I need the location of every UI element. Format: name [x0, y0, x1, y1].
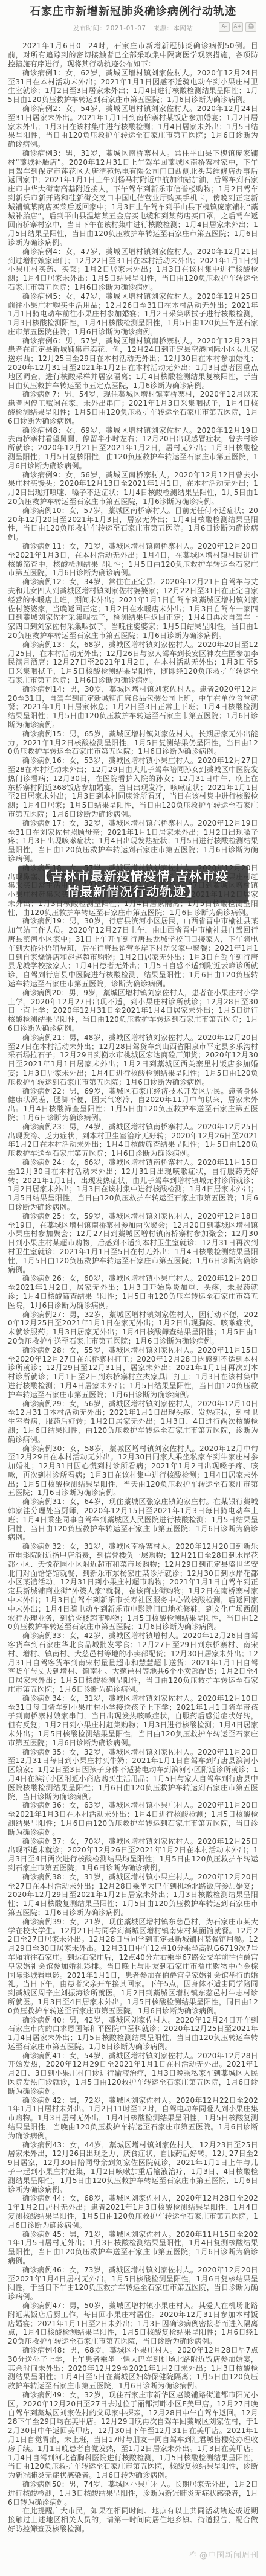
case-paragraph: 确诊病例3：男，31岁，藁城区南桥寨村人。常住平山县下槐镇庞家铺村“藁城补胎店”… [8, 149, 258, 247]
case-paragraph: 确诊病例17：女，32岁，藁城区增村镇东桥寨村人。2020年12月19日至31日… [8, 819, 258, 864]
case-paragraph: 确诊病例29：女，56岁，藁城区增村镇刘家佐村人，2020年12月10日至12月… [8, 1400, 258, 1444]
case-paragraph: 确诊病例20：男，9岁，藁城区增村镇刘家佐村人，患者在小果庄村小学上学。2020… [8, 989, 258, 1033]
case-paragraph: 确诊病例31：女，64岁，现住藁城区张家庄镇鲍家庄村。在某银行藁城韩家洼分理处当… [8, 1497, 258, 1542]
case-paragraph: 确诊病例45：男，71岁，藁城区刘家佐村人。2020年11月15日至2021年1… [8, 2230, 258, 2266]
watermark: ✍ @中国新闻周刊 [189, 2549, 259, 2560]
case-paragraph: 确诊病例24：女，66岁，藁城区增村镇南桥寨村人。2020年11月15日至12月… [8, 1158, 258, 1212]
page-title: 石家庄市新增新冠肺炎确诊病例行动轨迹 [8, 5, 258, 19]
print-button[interactable]: 🖨 [245, 22, 256, 32]
case-paragraph: 确诊病例14：男，30岁，藁城区增村镇刘家佐村人。患者2020年12月20至31… [8, 685, 258, 730]
case-paragraph: 确诊病例1：女，62岁，藁城区增村镇刘家佐村人。2020年12月24日至31日在… [8, 69, 258, 104]
meta-row: 发布时间：2021-01-07 来源：本网站 A- A+ 🖨 [8, 24, 258, 36]
font-increase-button[interactable]: A+ [232, 22, 243, 32]
case-paragraph: 确诊病例28：女，55岁，藁城区增村镇刘家佐村人。2020年11月15日至202… [8, 1346, 258, 1400]
case-paragraph: 确诊病例9：女，56岁，藁城区南桥寨村人。2020年12月12日曾去小果庄村买馒… [8, 471, 258, 506]
case-paragraph: 确诊病例50：男，74岁，藁城区小果庄村人。长期居家无外出，1月2日进行核酸检测… [8, 2480, 258, 2507]
case-paragraph: 确诊病例15：男，65岁，藁城区增村镇刘家佐村人。长期居家无外出能力。2021年… [8, 730, 258, 756]
overlay-text-line1: 【吉林市最新疫情疫情,吉林市疫 [22, 869, 244, 884]
case-paragraph: 确诊病例36：女，63岁，藁城区增村镇小果庄村人。2020年11月20日至202… [8, 1801, 258, 1837]
article-page: 石家庄市新增新冠肺炎确诊病例行动轨迹 发布时间：2021-01-07 来源：本网… [0, 0, 266, 2576]
case-paragraph: 确诊病例7：男，54岁，现住藁城区增村镇南桥寨村，2020年12月以来患者因停工… [8, 390, 258, 426]
case-paragraph: 确诊病例11：女，71岁，藁城区增村镇南桥寨村人。2020年12月20日至202… [8, 542, 258, 578]
case-paragraph: 确诊病例8：女，69岁，藁城区增村镇刘家佐村人。2020年12月19日去南桥寨村… [8, 426, 258, 471]
case-paragraph: 确诊病例38：女，31岁，藁城区增村镇小果庄村人。2020年12月20日至27日… [8, 1873, 258, 1918]
case-paragraph: 确诊病例37：女，70岁，藁城区增村镇刘家佐村人。2020年12月25日出现不适… [8, 1837, 258, 1873]
case-paragraph: 确诊病例10：女，57岁，藁城区南桥寨村人。目前无任何不适症状；2020年12月… [8, 506, 258, 542]
case-paragraph: 确诊病例23：男，74岁，藁城区增村镇南桥寨村人。2020年12月25日出现发冷… [8, 1123, 258, 1158]
overlay-text-line2: 情最新情况行动轨迹】 [22, 884, 244, 900]
case-paragraph: 确诊病例39：女，21岁，现住藁城区增村镇东慈邑村，为石家庄市某大学在校大学生。… [8, 1918, 258, 2016]
case-paragraph: 确诊病例6：男，57岁，藁城区增村镇南桥寨村人。2020年12月23日患者在正定… [8, 337, 258, 391]
case-paragraph: 确诊病例19：男，30岁，行唐县滨河小区居民，山西省晋中市榆社县某加气站工作人员… [8, 917, 258, 988]
case-paragraph: 确诊病例43：女，44岁，藁城区增村镇刘家佐村人，12月23日至25日居家未外出… [8, 2141, 258, 2195]
case-paragraph: 确诊病例34：女，31岁，藁城区增村镇刘家佐村人。2020年12月10日至31日… [8, 1694, 258, 1748]
case-paragraph: 确诊病例47：男，50岁，藁城区增村镇小果庄村人。其爱人在机场北路附近某饭店后厨… [8, 2301, 258, 2346]
source: 来源：本网站 [153, 25, 193, 32]
case-paragraph: 确诊病例4：女，47岁，藁城区增村镇刘家佐村人。2020年12月21日到过增村娘… [8, 247, 258, 292]
case-paragraph: 确诊病例21：男，48岁，藁城区增村镇刘家佐村人。2020年12月20日至27日… [8, 1033, 258, 1087]
case-paragraph: 确诊病例27：男，32岁，藁城区增村镇刘家佐村人，因行动不便，2020年12月2… [8, 1310, 258, 1346]
promo-overlay: 【吉林市最新疫情疫情,吉林市疫 情最新情况行动轨迹】 [18, 866, 248, 903]
case-paragraph: 确诊病例12：女，34岁，常住在正定县。2020年12月21日自驾车与丈夫和儿女… [8, 578, 258, 640]
publish-date: 发布时间：2021-01-07 [73, 25, 146, 32]
toolbar: A- A+ 🖨 [219, 22, 256, 32]
case-paragraph: 确诊病例44：女，68岁，藁城区刘家佐村人，2020年12月28日至2021年1… [8, 2194, 258, 2230]
case-paragraph: 确诊病例48：男，68岁，藁城区小果庄村人。2020年12月28日早7点30分送… [8, 2346, 258, 2391]
case-paragraph: 确诊病例41：女，54岁，藁城区增村镇刘家佐村人。2020年12月28日开始发热… [8, 2052, 258, 2096]
font-decrease-button[interactable]: A- [219, 22, 230, 32]
case-paragraph: 确诊病例32：女，31岁，藁城区南桥寨村人。2020年12月20日到新乐市电影院… [8, 1542, 258, 1631]
case-paragraph: 确诊病例25：女，59岁，藁城区增村镇刘家佐村人，2020年12月18日至19日… [8, 1212, 258, 1275]
article-body: 2021年1月6日0—24时，石家庄市新增新冠肺炎确诊病例50例。目前，对所有追… [0, 36, 266, 2575]
case-paragraph: 确诊病例2：女，54岁，藁城区增村镇刘家佐村人。2020年12月24日至31日居… [8, 104, 258, 149]
case-paragraph: 确诊病例35：女，32岁，藁城区增村镇刘家佐村人。2020年11月20日至12月… [8, 1748, 258, 1802]
case-paragraph: 2021年1月6日0—24时，石家庄市新增新冠肺炎确诊病例50例。目前，对所有追… [8, 42, 258, 68]
case-paragraph: 确诊病例49：女，32岁，现住石家庄市新华区赵陵铺路街道都市阳光小区。2020年… [8, 2391, 258, 2480]
case-paragraph: 确诊病例13：女，68岁，藁城区增村镇刘家佐村人。2020年20日至12月25日… [8, 640, 258, 685]
case-paragraph: 确诊病例33：女，42岁，藁城区增村镇增村人。2020年12月26日自驾客货车到… [8, 1631, 258, 1694]
article-header: 石家庄市新增新冠肺炎确诊病例行动轨迹 发布时间：2021-01-07 来源：本网… [0, 0, 266, 36]
watermark-logo-icon: ✍ [189, 2549, 197, 2559]
printer-icon: 🖨 [248, 24, 255, 30]
case-paragraph: 在此提醒广大市民，如果在相同时间、地点有以上共同活动轨迹或近期接触过上述地区相关… [8, 2507, 258, 2533]
case-paragraph: 确诊病例16：女，53岁，藁城区增村镇小果庄村人。2020年12月27日至28在… [8, 756, 258, 819]
case-paragraph: 确诊病例40：男，42岁，藁城区刘家佐村人。2020年12月24日开车到石家庄市… [8, 2016, 258, 2052]
case-paragraph: 确诊病例26：女，60岁，藁城区增村镇小果庄村人。2020年12月20日至202… [8, 1274, 258, 1310]
watermark-text: @中国新闻周刊 [199, 2549, 259, 2560]
case-paragraph: 确诊病例22：男，69岁，藁城区石家庄经济技术开发区居民。患者身体健康状况差，腿… [8, 1087, 258, 1123]
case-paragraph: 确诊病例46：女，73岁，藁城区增村镇刘家佐村人。2020年12月20日至202… [8, 2266, 258, 2301]
case-paragraph: 确诊病例42：男，72岁，藁城区刘家佐村人。2020年12月22日至2021年1… [8, 2096, 258, 2141]
case-paragraph: 确诊病例5：女，47岁，藁城区增村镇刘家佐村人。2020年12月25日前往小果庄… [8, 292, 258, 337]
case-paragraph: 确诊病例30：女，58岁，藁城区增村镇刘家佐村人。2020年12月中旬至12月2… [8, 1444, 258, 1498]
